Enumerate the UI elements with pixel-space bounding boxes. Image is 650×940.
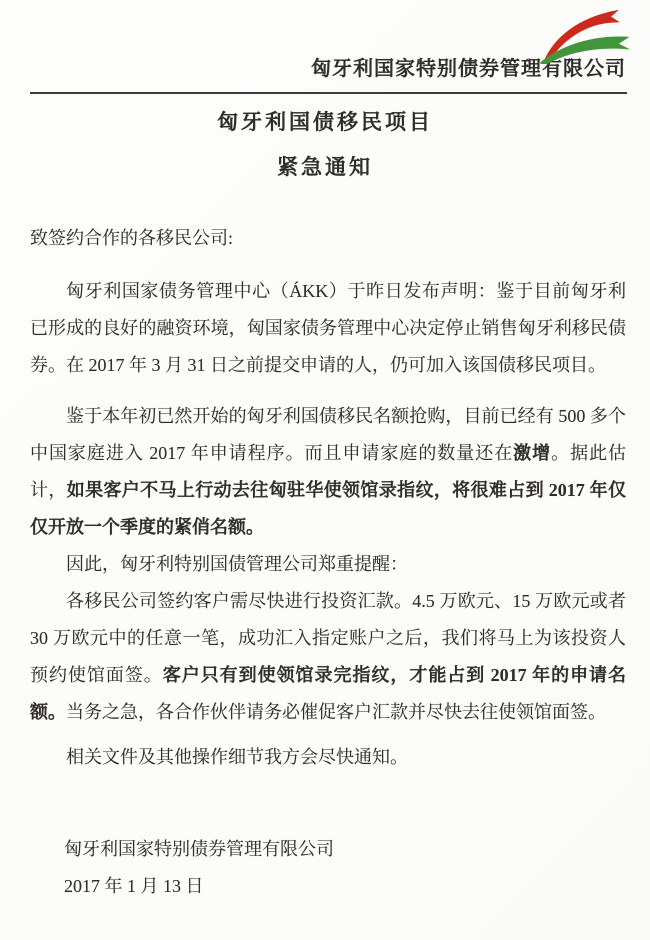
letter-body: 致签约合作的各移民公司: 匈牙利国家债务管理中心（ÁKK）于昨日发布声明：鉴于目… <box>0 220 650 776</box>
hungary-ribbon-logo-icon <box>534 6 638 64</box>
header-divider <box>30 92 627 94</box>
signature-date: 2017 年 1 月 13 日 <box>64 868 650 905</box>
text-run: 因此，匈牙利特别国债管理公司郑重提醒： <box>66 554 408 574</box>
letter-paragraph-payment-instructions: 各移民公司签约客户需尽快进行投资汇款。4.5 万欧元、15 万欧元或者 30 万… <box>30 583 626 731</box>
letter-paragraph-followup-notice: 相关文件及其他操作细节我方会尽快通知。 <box>30 739 626 776</box>
text-run: 相关文件及其他操作细节我方会尽快通知。 <box>66 747 408 767</box>
signature-block: 匈牙利国家特别债券管理有限公司 2017 年 1 月 13 日 <box>0 831 650 905</box>
letter-paragraph-quota-rush: 鉴于本年初已然开始的匈牙利国债移民名额抢购，目前已经有 500 多个中国家庭进入… <box>30 398 626 546</box>
document-title: 匈牙利国债移民项目 <box>0 107 650 137</box>
scanned-letter-page: 匈牙利国家特别债券管理有限公司 匈牙利国债移民项目 紧急通知 致签约合作的各移民… <box>0 0 650 940</box>
text-run: 激增 <box>513 443 551 463</box>
signature-company: 匈牙利国家特别债券管理有限公司 <box>64 831 650 868</box>
text-run: 如果客户不马上行动去往匈驻华使领馆录指纹，将很难占到 2017 年仅仅开放一个季… <box>30 480 626 537</box>
document-subtitle: 紧急通知 <box>0 152 650 182</box>
text-run: 匈牙利国家债务管理中心（ÁKK）于昨日发布声明：鉴于目前匈牙利已形成的良好的融资… <box>30 281 626 375</box>
letter-salutation: 致签约合作的各移民公司: <box>30 220 626 257</box>
letter-paragraph-announcement: 匈牙利国家债务管理中心（ÁKK）于昨日发布声明：鉴于目前匈牙利已形成的良好的融资… <box>30 273 626 384</box>
text-run: 当务之急，各合作伙伴请务必催促客户汇款并尽快去往使领馆面签。 <box>66 702 606 722</box>
letter-paragraph-reminder-lead: 因此，匈牙利特别国债管理公司郑重提醒： <box>30 546 626 583</box>
